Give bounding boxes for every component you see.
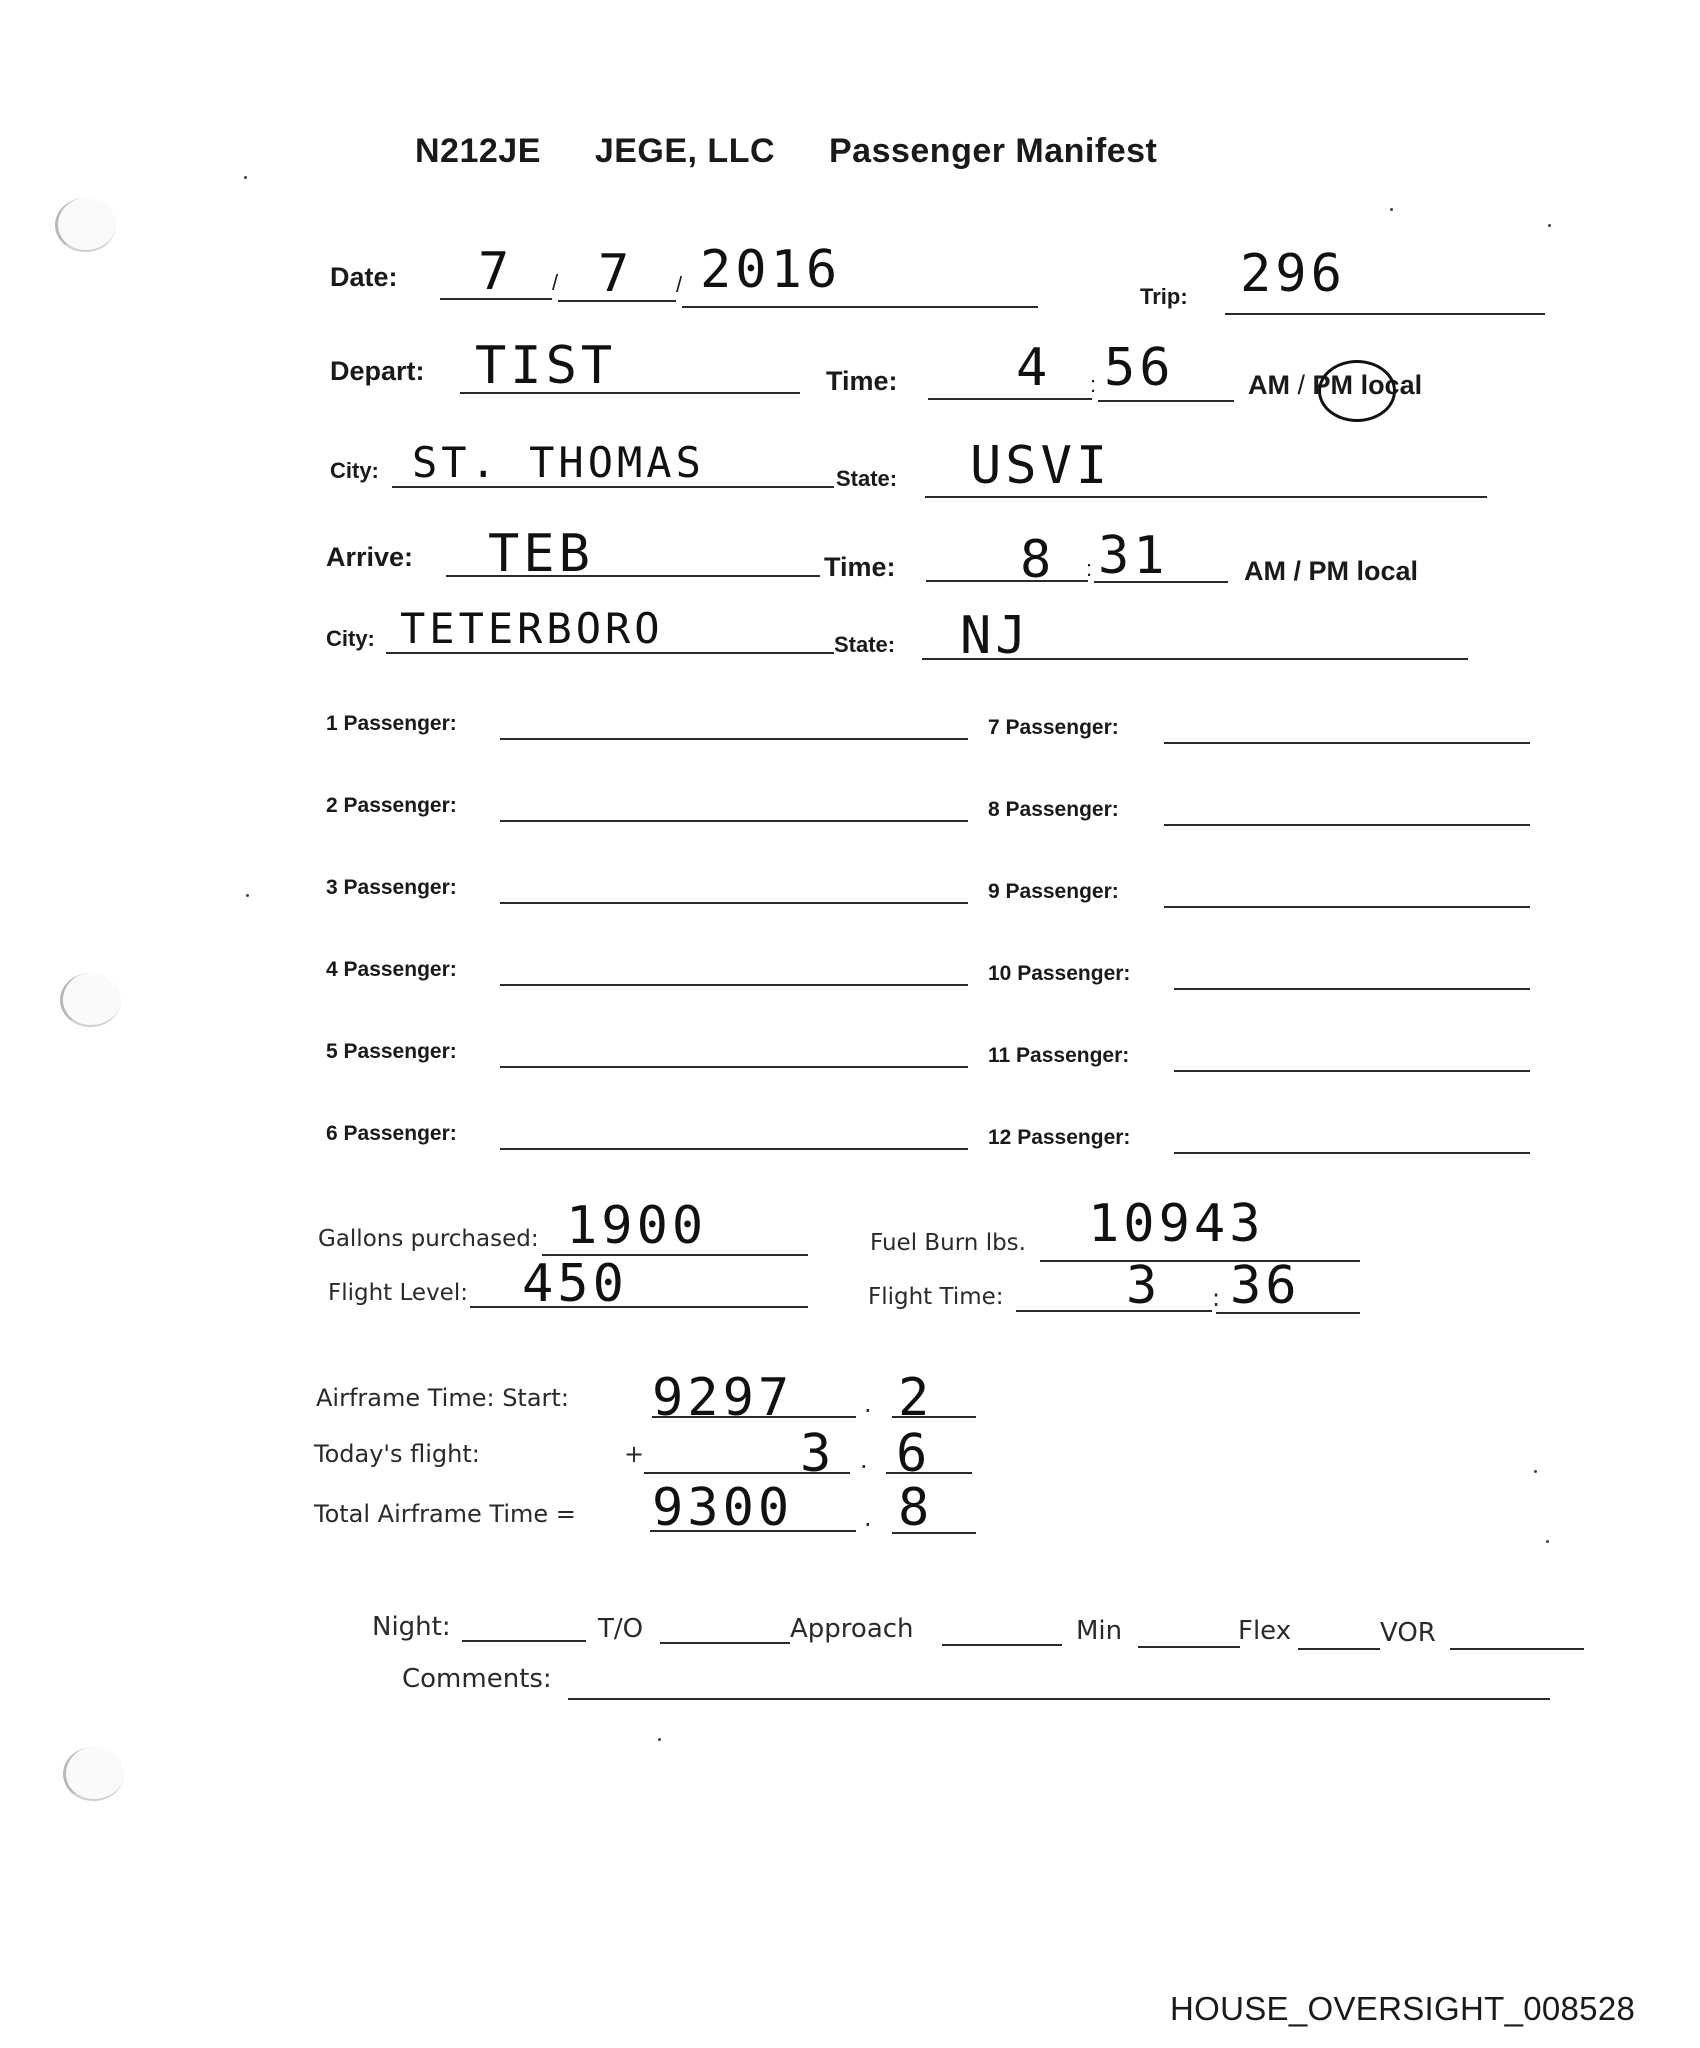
fuel-burn-line bbox=[1040, 1260, 1360, 1262]
todays-flight-label: Today's flight: bbox=[314, 1440, 480, 1468]
passenger-name-field[interactable] bbox=[500, 1148, 968, 1150]
date-separator: / bbox=[552, 270, 558, 296]
flight-time-hours-field[interactable]: 3 bbox=[1126, 1256, 1161, 1316]
depart-minute-field[interactable]: 56 bbox=[1104, 338, 1175, 398]
scan-artifact bbox=[1548, 224, 1551, 227]
gallons-label: Gallons purchased: bbox=[318, 1226, 539, 1252]
arrive-state-label: State: bbox=[834, 632, 895, 658]
arrive-hour-field[interactable]: 8 bbox=[1020, 530, 1055, 590]
operator-name: JEGE, LLC bbox=[595, 132, 775, 170]
airframe-start-whole-field[interactable]: 9297 bbox=[652, 1368, 793, 1428]
date-month-field[interactable]: 7 bbox=[478, 242, 513, 302]
night-field[interactable] bbox=[462, 1640, 586, 1642]
trip-line bbox=[1225, 313, 1545, 315]
comments-label: Comments: bbox=[402, 1664, 552, 1694]
passenger-label: 6 Passenger: bbox=[326, 1122, 457, 1146]
flight-level-field[interactable]: 450 bbox=[522, 1254, 628, 1314]
scan-artifact bbox=[1390, 208, 1393, 211]
scan-artifact bbox=[244, 176, 247, 179]
total-airframe-label: Total Airframe Time = bbox=[314, 1500, 576, 1528]
passenger-name-field[interactable] bbox=[1174, 1152, 1530, 1154]
depart-am-option[interactable]: AM bbox=[1248, 370, 1290, 400]
depart-city-label: City: bbox=[330, 458, 379, 484]
flight-level-label: Flight Level: bbox=[328, 1280, 468, 1306]
plus-sign: + bbox=[624, 1440, 644, 1468]
takeoff-field[interactable] bbox=[660, 1642, 790, 1644]
time-colon: : bbox=[1212, 1284, 1220, 1312]
arrive-hour-line bbox=[926, 580, 1088, 582]
bates-number: HOUSE_OVERSIGHT_008528 bbox=[1170, 1990, 1635, 2028]
min-field[interactable] bbox=[1138, 1646, 1240, 1648]
vor-label: VOR bbox=[1380, 1618, 1436, 1648]
passenger-name-field[interactable] bbox=[1174, 1070, 1530, 1072]
arrive-label: Arrive: bbox=[326, 542, 413, 573]
date-label: Date: bbox=[330, 262, 398, 293]
flight-time-label: Flight Time: bbox=[868, 1284, 1004, 1310]
min-label: Min bbox=[1076, 1616, 1122, 1646]
fuel-burn-field[interactable]: 10943 bbox=[1088, 1194, 1265, 1254]
tail-number: N212JE bbox=[415, 132, 541, 170]
airframe-start-label: Airframe Time: Start: bbox=[316, 1384, 569, 1412]
passenger-label: 11 Passenger: bbox=[988, 1044, 1129, 1068]
trip-number-field[interactable]: 296 bbox=[1240, 244, 1346, 304]
scan-artifact bbox=[1534, 1470, 1537, 1473]
date-year-line bbox=[682, 306, 1038, 308]
approach-label: Approach bbox=[790, 1614, 914, 1644]
flight-time-hours-line bbox=[1016, 1310, 1212, 1312]
flex-field[interactable] bbox=[1298, 1648, 1380, 1650]
todays-flight-whole-field[interactable]: 3 bbox=[800, 1424, 835, 1484]
approach-field[interactable] bbox=[942, 1644, 1062, 1646]
passenger-label: 5 Passenger: bbox=[326, 1040, 457, 1064]
total-airframe-tenth-field[interactable]: 8 bbox=[898, 1478, 933, 1538]
date-separator: / bbox=[676, 272, 682, 298]
date-day-field[interactable]: 7 bbox=[598, 244, 633, 304]
arrive-city-label: City: bbox=[326, 626, 375, 652]
arrive-minute-field[interactable]: 31 bbox=[1098, 526, 1169, 586]
arrive-airport-field[interactable]: TEB bbox=[488, 524, 594, 584]
passenger-name-field[interactable] bbox=[500, 984, 968, 986]
pm-selected-circle bbox=[1318, 360, 1396, 422]
passenger-label: 7 Passenger: bbox=[988, 716, 1119, 740]
passenger-label: 8 Passenger: bbox=[988, 798, 1119, 822]
passenger-label: 3 Passenger: bbox=[326, 876, 457, 900]
total-airframe-whole-field[interactable]: 9300 bbox=[652, 1478, 793, 1538]
page-title: N212JE JEGE, LLC Passenger Manifest bbox=[415, 132, 1201, 171]
scan-artifact bbox=[246, 894, 249, 897]
takeoff-label: T/O bbox=[598, 1614, 643, 1644]
time-colon: : bbox=[1086, 556, 1092, 582]
comments-field[interactable] bbox=[568, 1698, 1550, 1700]
passenger-label: 10 Passenger: bbox=[988, 962, 1130, 986]
depart-state-label: State: bbox=[836, 466, 897, 492]
passenger-name-field[interactable] bbox=[1174, 988, 1530, 990]
arrive-ampm-label[interactable]: AM / PM local bbox=[1244, 556, 1418, 587]
passenger-label: 12 Passenger: bbox=[988, 1126, 1130, 1150]
decimal-point: . bbox=[864, 1390, 872, 1418]
flex-label: Flex bbox=[1238, 1616, 1291, 1646]
flight-time-minutes-field[interactable]: 36 bbox=[1230, 1256, 1301, 1316]
trip-label: Trip: bbox=[1140, 284, 1188, 310]
punch-hole bbox=[63, 1747, 124, 1801]
depart-hour-field[interactable]: 4 bbox=[1016, 338, 1051, 398]
gallons-field[interactable]: 1900 bbox=[566, 1196, 707, 1256]
scan-artifact bbox=[658, 1738, 661, 1741]
depart-airport-field[interactable]: TIST bbox=[475, 336, 616, 396]
form-title: Passenger Manifest bbox=[829, 132, 1157, 170]
decimal-point: . bbox=[860, 1446, 868, 1474]
passenger-label: 1 Passenger: bbox=[326, 712, 457, 736]
passenger-name-field[interactable] bbox=[500, 820, 968, 822]
depart-city-field[interactable]: ST. THOMAS bbox=[412, 438, 705, 487]
manifest-page: N212JE JEGE, LLC Passenger Manifest Date… bbox=[0, 0, 1700, 2048]
depart-state-line bbox=[925, 496, 1487, 498]
depart-state-field[interactable]: USVI bbox=[970, 436, 1111, 496]
date-year-field[interactable]: 2016 bbox=[700, 240, 841, 300]
depart-hour-line bbox=[928, 398, 1092, 400]
scan-artifact bbox=[1546, 1540, 1549, 1543]
passenger-label: 9 Passenger: bbox=[988, 880, 1119, 904]
passenger-label: 4 Passenger: bbox=[326, 958, 457, 982]
fuel-burn-label: Fuel Burn lbs. bbox=[870, 1230, 1026, 1256]
punch-hole bbox=[55, 198, 116, 252]
passenger-name-field[interactable] bbox=[1164, 742, 1530, 744]
arrive-time-label: Time: bbox=[824, 552, 896, 583]
punch-hole bbox=[60, 973, 121, 1027]
passenger-name-field[interactable] bbox=[1164, 906, 1530, 908]
passenger-name-field[interactable] bbox=[500, 1066, 968, 1068]
todays-flight-tenth-field[interactable]: 6 bbox=[896, 1424, 931, 1484]
passenger-name-field[interactable] bbox=[500, 738, 968, 740]
passenger-label: 2 Passenger: bbox=[326, 794, 457, 818]
depart-minute-line bbox=[1098, 400, 1234, 402]
time-colon: : bbox=[1090, 372, 1096, 398]
airframe-start-tenth-field[interactable]: 2 bbox=[898, 1368, 933, 1428]
depart-time-label: Time: bbox=[826, 366, 898, 397]
vor-field[interactable] bbox=[1450, 1648, 1584, 1650]
arrive-city-field[interactable]: TETERBORO bbox=[400, 604, 664, 653]
depart-label: Depart: bbox=[330, 356, 425, 387]
flight-level-line bbox=[470, 1306, 808, 1308]
night-label: Night: bbox=[372, 1612, 451, 1642]
arrive-state-field[interactable]: NJ bbox=[960, 606, 1031, 666]
passenger-name-field[interactable] bbox=[1164, 824, 1530, 826]
decimal-point: . bbox=[864, 1504, 872, 1532]
passenger-name-field[interactable] bbox=[500, 902, 968, 904]
